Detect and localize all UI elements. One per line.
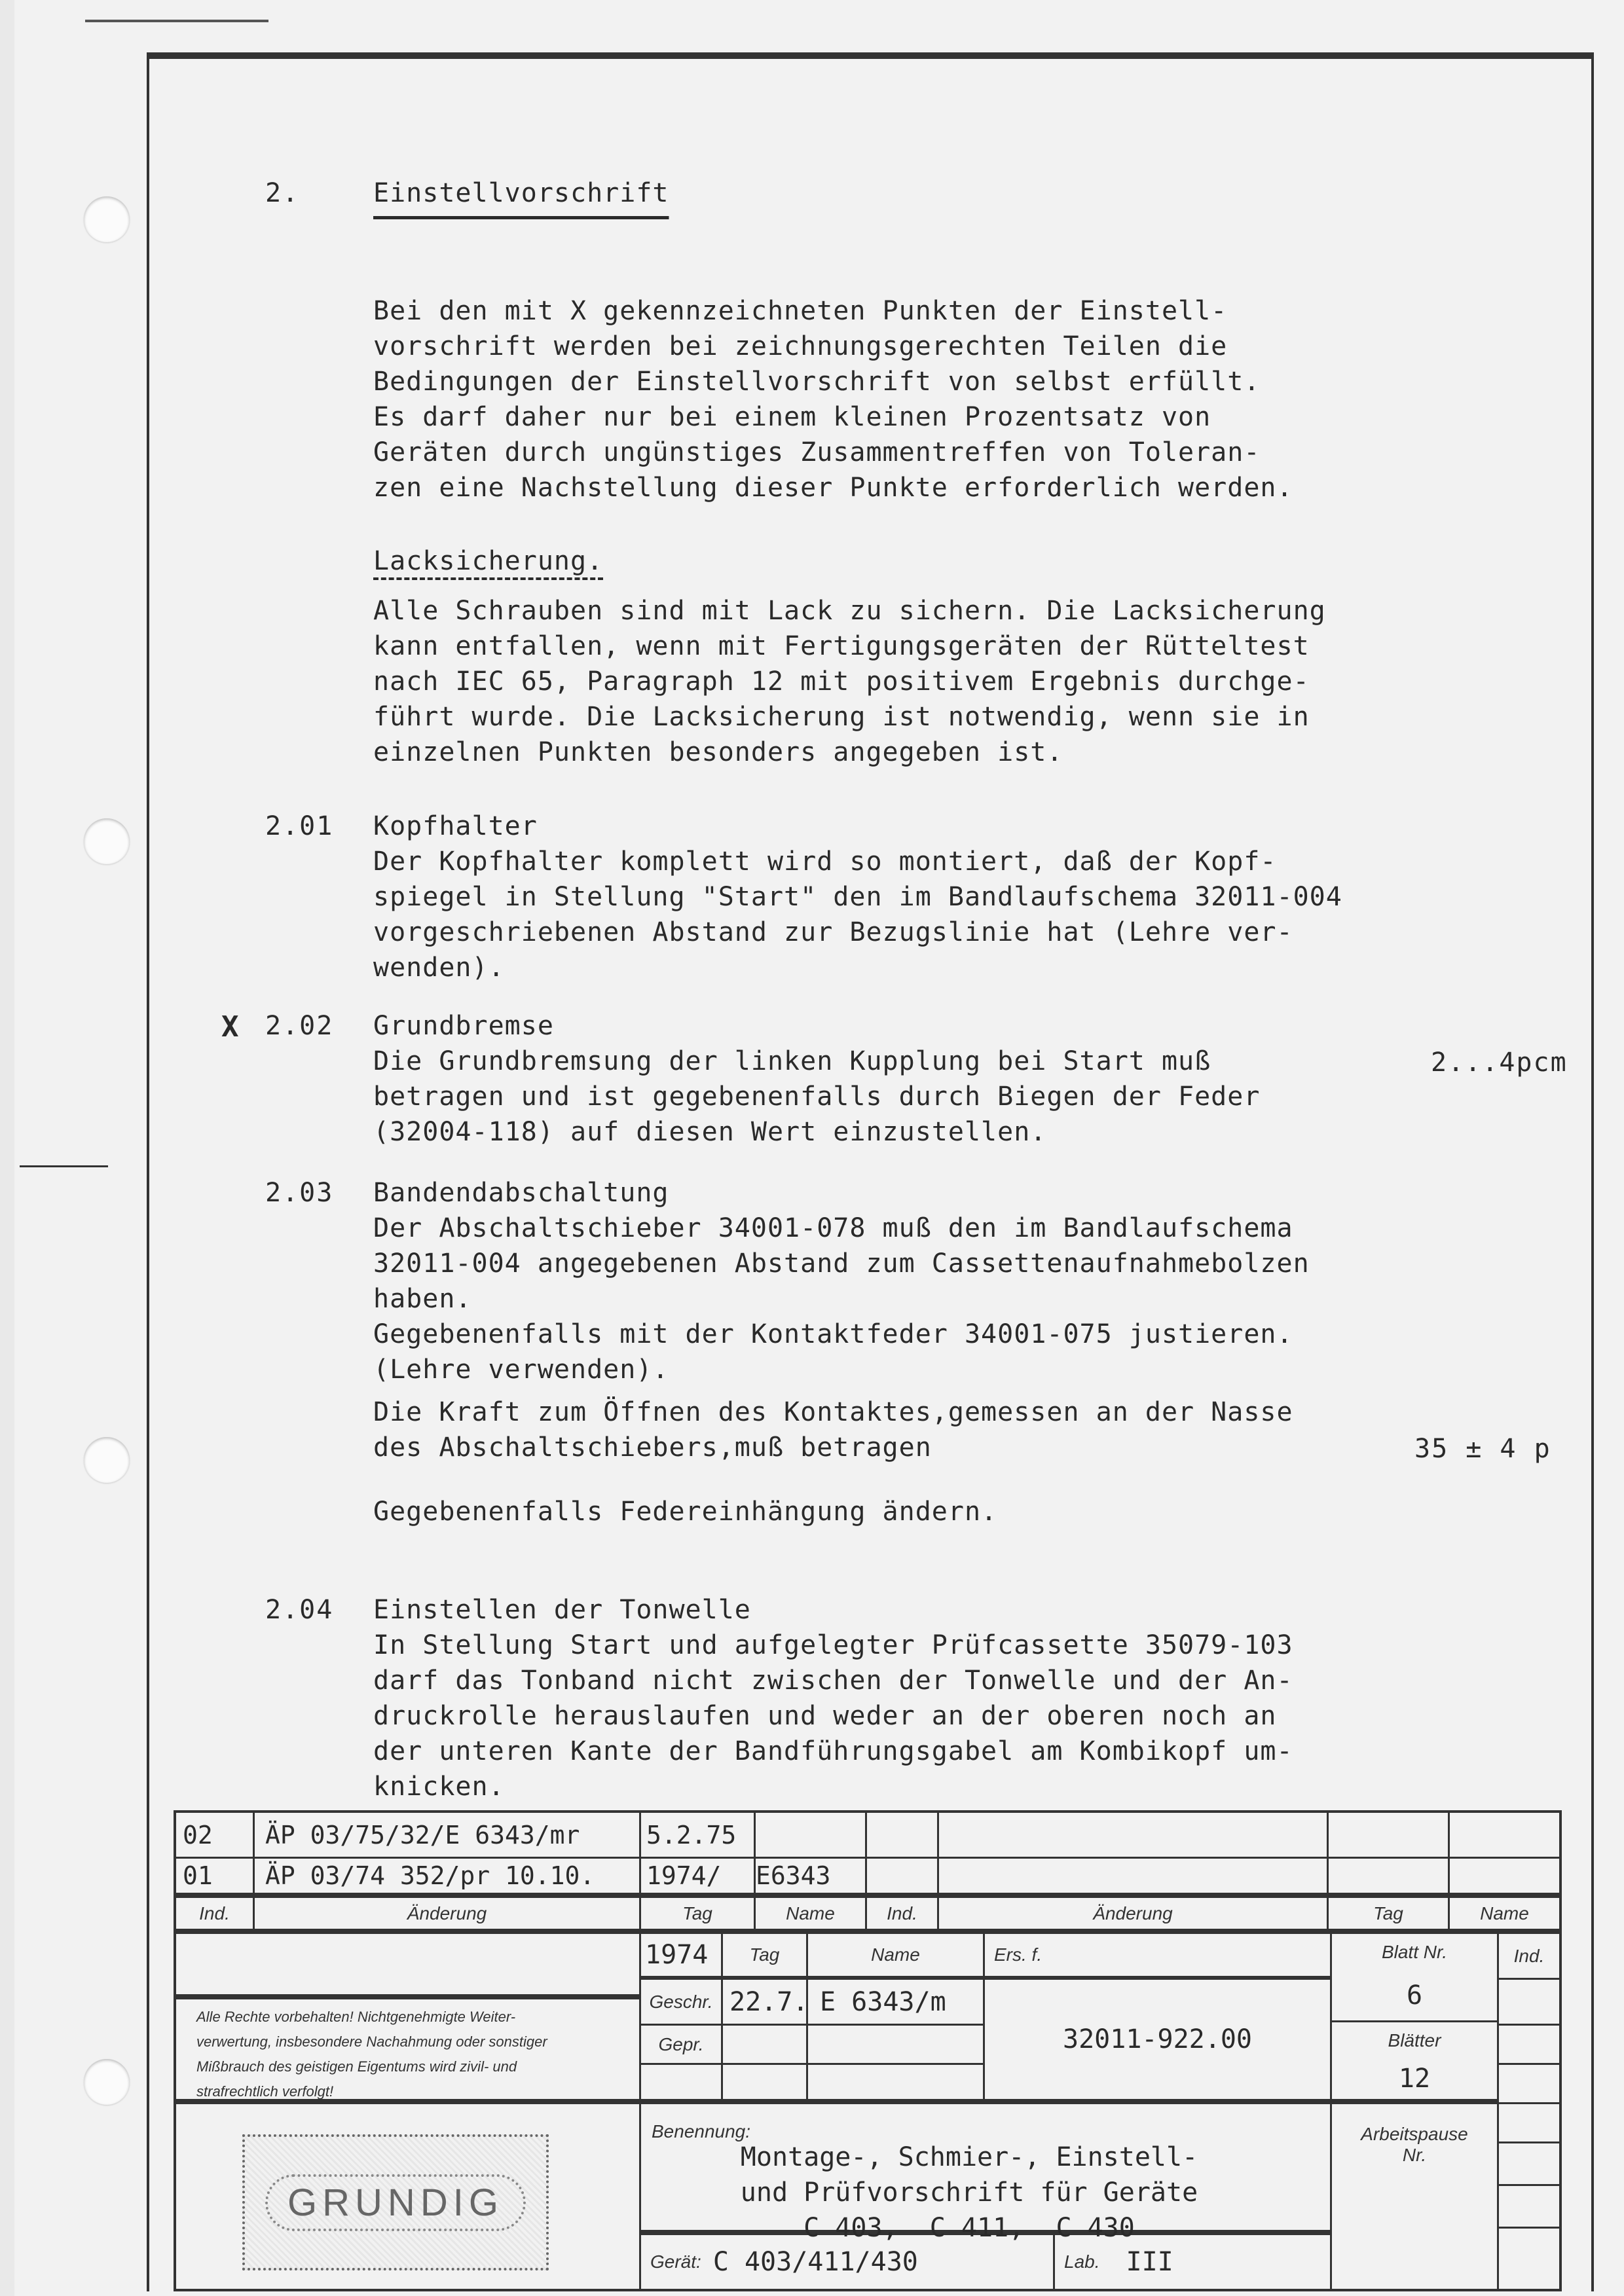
item-title: Kopfhalter (373, 809, 538, 844)
item-title: Einstellen der Tonwelle (373, 1592, 751, 1628)
scan-artifact-line (85, 20, 268, 22)
item-title: Grundbremse (373, 1008, 554, 1044)
total-sheets: 12 (1332, 2058, 1499, 2104)
item-title: Bandendabschaltung (373, 1175, 669, 1211)
drawing-number: 32011-922.00 (985, 1980, 1332, 2104)
punch-hole (84, 2059, 130, 2105)
geraet-field: Gerät: C 403/411/430 (641, 2235, 1055, 2289)
legal-notice: Alle Rechte vorbehalten! Nichtgenehmigte… (196, 2005, 547, 2104)
spec-value: 2...4pcm (1431, 1048, 1568, 1078)
x-mark: X (221, 1010, 239, 1044)
document-title: Montage-, Schmier-, Einstell- und Prüfvo… (733, 2140, 1205, 2246)
spec-value: 35 ± 4 p (1414, 1434, 1551, 1464)
sheet-number: 6 (1332, 1970, 1499, 2022)
sheet-edge (0, 0, 14, 2296)
geschr-date: 22.7. (723, 1980, 808, 2026)
year: 1974 (641, 1934, 723, 1980)
arbeitspause-field: Arbeitspause Nr. (1332, 2104, 1499, 2289)
punch-hole (84, 196, 130, 242)
punch-hole (84, 1437, 130, 1483)
grundig-logo: GRUNDIG (242, 2134, 549, 2270)
lab-field: Lab. III (1055, 2235, 1332, 2289)
fold-mark (20, 1165, 108, 1167)
section-title: Einstellvorschrift (373, 175, 669, 211)
geschr-name: E 6343/m (808, 1980, 985, 2026)
lacksicherung-title: Lacksicherung. (373, 543, 603, 579)
punch-hole (84, 818, 130, 864)
section-number: 2. (265, 175, 299, 211)
